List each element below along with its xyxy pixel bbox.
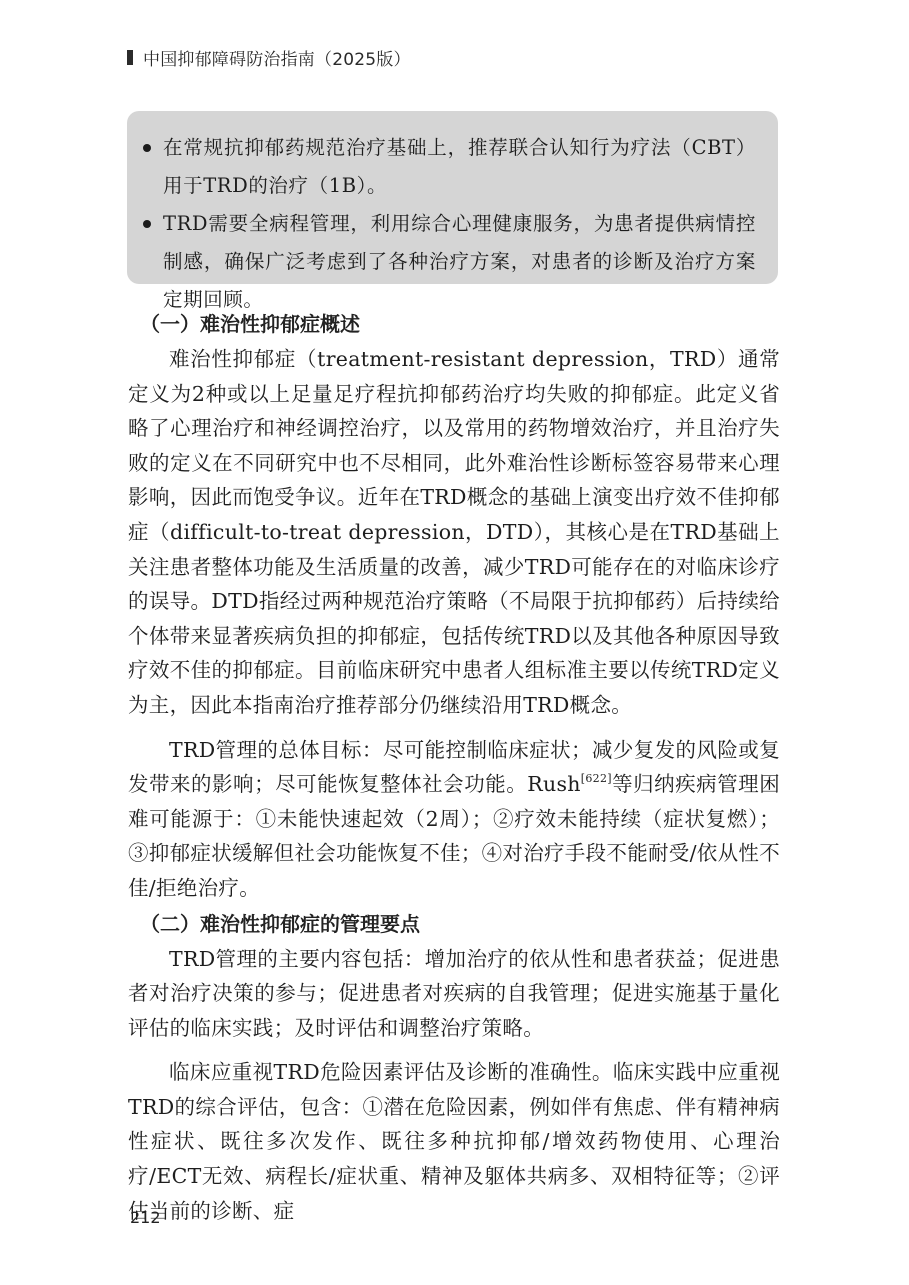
recommendation-text: 在常规抗抑郁药规范治疗基础上，推荐联合认知行为疗法（CBT）用于TRD的治疗（1… [163,136,756,197]
paragraph-trd-goals: TRD管理的总体目标：尽可能控制临床症状；减少复发的风险或复发带来的影响；尽可能… [128,733,780,906]
paragraph-risk-assessment: 临床应重视TRD危险因素评估及诊断的准确性。临床实践中应重视TRD的综合评估，包… [128,1055,780,1228]
running-header: 中国抑郁障碍防治指南（2025版） [127,45,411,70]
section-heading-overview: （一）难治性抑郁症概述 [128,306,780,342]
bullet-icon [143,220,151,228]
recommendation-item: TRD需要全病程管理，利用综合心理健康服务，为患者提供病情控制感，确保广泛考虑到… [141,205,756,319]
page-number: 212 [130,1208,161,1227]
main-content: （一）难治性抑郁症概述 难治性抑郁症（treatment-resistant d… [128,306,780,1228]
section-heading-management: （二）难治性抑郁症的管理要点 [128,906,780,942]
citation-reference: [622] [581,772,612,785]
recommendation-text: TRD需要全病程管理，利用综合心理健康服务，为患者提供病情控制感，确保广泛考虑到… [163,212,756,311]
paragraph-trd-definition: 难治性抑郁症（treatment-resistant depression，TR… [128,342,780,723]
bullet-icon [143,144,151,152]
recommendation-item: 在常规抗抑郁药规范治疗基础上，推荐联合认知行为疗法（CBT）用于TRD的治疗（1… [141,129,756,205]
paragraph-management-content: TRD管理的主要内容包括：增加治疗的依从性和患者获益；促进患者对治疗决策的参与；… [128,942,780,1046]
book-title: 中国抑郁障碍防治指南（2025版） [143,45,411,70]
header-marker-bar [127,50,133,65]
recommendation-box: 在常规抗抑郁药规范治疗基础上，推荐联合认知行为疗法（CBT）用于TRD的治疗（1… [127,111,778,284]
